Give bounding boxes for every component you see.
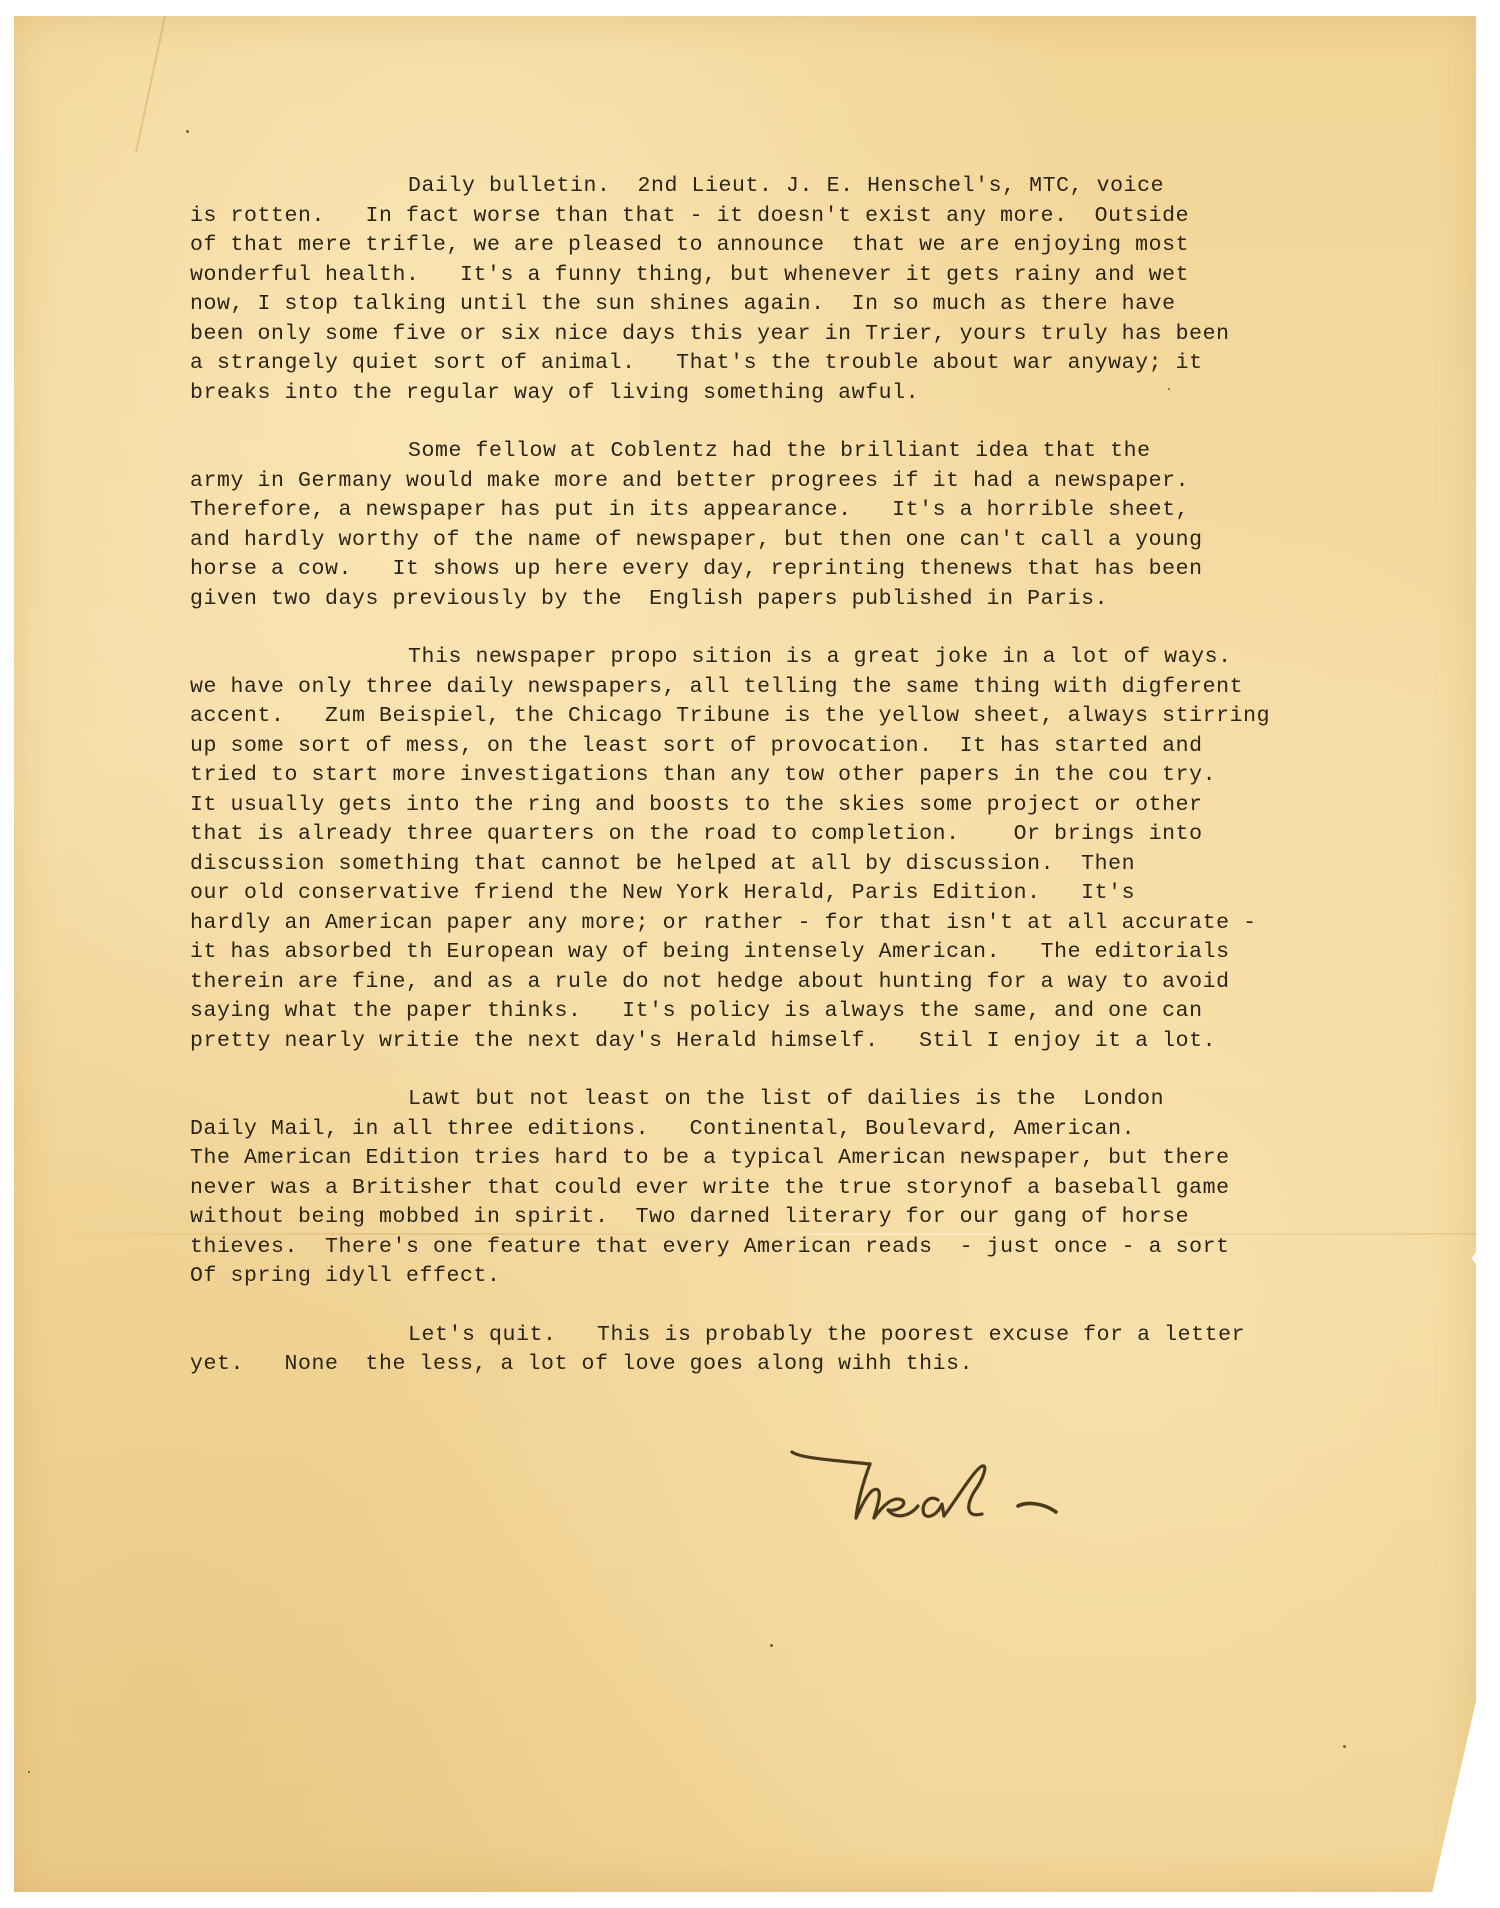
paragraph-2: Some fellow at Coblentz had the brillian… (190, 437, 1430, 614)
text-line: given two days previously by the English… (190, 585, 1430, 615)
paragraph-4: Lawt but not least on the list of dailie… (190, 1085, 1430, 1292)
text-line: This newspaper propo sition is a great j… (190, 643, 1430, 673)
text-line: It usually gets into the ring and boosts… (190, 791, 1430, 821)
text-line: therein are fine, and as a rule do not h… (190, 968, 1430, 998)
paragraph-3: This newspaper propo sition is a great j… (190, 643, 1430, 1056)
text-line: accent. Zum Beispiel, the Chicago Tribun… (190, 702, 1430, 732)
text-line: been only some five or six nice days thi… (190, 320, 1430, 350)
text-line: Some fellow at Coblentz had the brillian… (190, 437, 1430, 467)
text-line: Daily Mail, in all three editions. Conti… (190, 1115, 1430, 1145)
text-line: yet. None the less, a lot of love goes a… (190, 1350, 1430, 1380)
paper-speck (28, 1771, 30, 1773)
text-line: it has absorbed th European way of being… (190, 938, 1430, 968)
paper-speck (770, 1644, 773, 1647)
text-line: Daily bulletin. 2nd Lieut. J. E. Hensche… (190, 172, 1430, 202)
text-line: and hardly worthy of the name of newspap… (190, 526, 1430, 556)
text-line: The American Edition tries hard to be a … (190, 1144, 1430, 1174)
text-line: Let's quit. This is probably the poorest… (190, 1321, 1430, 1351)
text-line: horse a cow. It shows up here every day,… (190, 555, 1430, 585)
text-line: a strangely quiet sort of animal. That's… (190, 349, 1430, 379)
text-line: that is already three quarters on the ro… (190, 820, 1430, 850)
text-line: without being mobbed in spirit. Two darn… (190, 1203, 1430, 1233)
text-line: Lawt but not least on the list of dailie… (190, 1085, 1430, 1115)
paragraph-1: Daily bulletin. 2nd Lieut. J. E. Hensche… (190, 172, 1430, 408)
text-line: pretty nearly writie the next day's Hera… (190, 1027, 1430, 1057)
text-line: wonderful health. It's a funny thing, bu… (190, 261, 1430, 291)
text-line: army in Germany would make more and bett… (190, 467, 1430, 497)
text-line: never was a Britisher that could ever wr… (190, 1174, 1430, 1204)
text-line: breaks into the regular way of living so… (190, 379, 1430, 409)
text-line: is rotten. In fact worse than that - it … (190, 202, 1430, 232)
text-line: hardly an American paper any more; or ra… (190, 909, 1430, 939)
paper-speck (1343, 1745, 1346, 1748)
text-line: now, I stop talking until the sun shines… (190, 290, 1430, 320)
signature-icon (760, 1420, 1060, 1530)
text-line: saying what the paper thinks. It's polic… (190, 997, 1430, 1027)
text-line: up some sort of mess, on the least sort … (190, 732, 1430, 762)
paragraph-5: Let's quit. This is probably the poorest… (190, 1321, 1430, 1380)
handwritten-signature: Neal - (760, 1420, 1060, 1530)
text-line: our old conservative friend the New York… (190, 879, 1430, 909)
corner-crease (135, 16, 166, 153)
letter-body: Daily bulletin. 2nd Lieut. J. E. Hensche… (190, 172, 1430, 1409)
text-line: of that mere trifle, we are pleased to a… (190, 231, 1430, 261)
text-line: discussion something that cannot be help… (190, 850, 1430, 880)
text-line: Of spring idyll effect. (190, 1262, 1430, 1292)
paper-speck (186, 130, 189, 133)
text-line: we have only three daily newspapers, all… (190, 673, 1430, 703)
text-line: thieves. There's one feature that every … (190, 1233, 1430, 1263)
text-line: Therefore, a newspaper has put in its ap… (190, 496, 1430, 526)
text-line: tried to start more investigations than … (190, 761, 1430, 791)
